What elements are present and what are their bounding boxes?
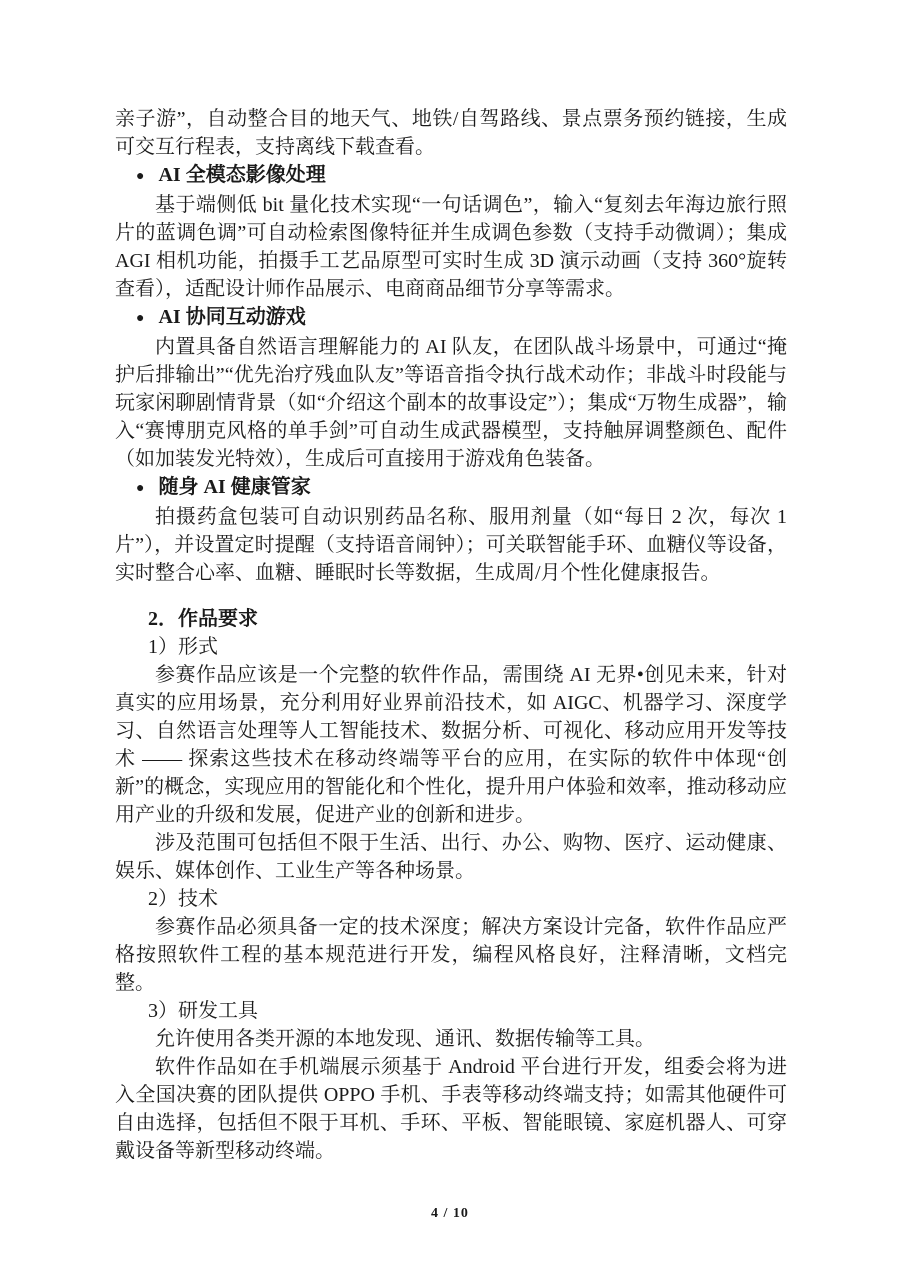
body-paragraph: 参赛作品应该是一个完整的软件作品，需围绕 AI 无界•创见未来，针对真实的应用场… <box>115 661 787 829</box>
bullet-item-ai-imaging: ●AI 全模态影像处理 <box>115 161 787 191</box>
bullet-item-ai-game: ●AI 协同互动游戏 <box>115 303 787 333</box>
section-heading-work-requirements: 2．作品要求 <box>115 605 787 633</box>
body-paragraph: 涉及范围可包括但不限于生活、出行、办公、购物、医疗、运动健康、娱乐、媒体创作、工… <box>115 829 787 885</box>
bullet-icon: ● <box>136 163 144 191</box>
continuation-paragraph: 亲子游”，自动整合目的地天气、地铁/自驾路线、景点票务预约链接，生成可交互行程表… <box>115 105 787 161</box>
bullet-title: 随身 AI 健康管家 <box>158 476 310 498</box>
page-content: 亲子游”，自动整合目的地天气、地铁/自驾路线、景点票务预约链接，生成可交互行程表… <box>115 105 787 1165</box>
subsection-label-form: 1）形式 <box>115 633 787 661</box>
bullet-item-ai-health: ●随身 AI 健康管家 <box>115 473 787 503</box>
bullet-icon: ● <box>136 305 144 333</box>
subsection-label-dev-tools: 3）研发工具 <box>115 997 787 1025</box>
bullet-body-paragraph: 基于端侧低 bit 量化技术实现“一句话调色”，输入“复刻去年海边旅行照片的蓝调… <box>115 191 787 303</box>
bullet-title: AI 全模态影像处理 <box>158 164 325 186</box>
bullet-icon: ● <box>136 475 144 503</box>
document-page: 亲子游”，自动整合目的地天气、地铁/自驾路线、景点票务预约链接，生成可交互行程表… <box>0 0 900 1274</box>
page-footer: 4 / 10 <box>0 1206 900 1222</box>
body-paragraph: 软件作品如在手机端展示须基于 Android 平台进行开发，组委会将为进入全国决… <box>115 1053 787 1165</box>
bullet-title: AI 协同互动游戏 <box>158 306 305 328</box>
bullet-body-paragraph: 内置具备自然语言理解能力的 AI 队友，在团队战斗场景中，可通过“掩护后排输出”… <box>115 333 787 473</box>
body-paragraph: 允许使用各类开源的本地发现、通讯、数据传输等工具。 <box>115 1025 787 1053</box>
bullet-body-paragraph: 拍摄药盒包装可自动识别药品名称、服用剂量（如“每日 2 次，每次 1 片”），并… <box>115 503 787 587</box>
page-number: 4 / 10 <box>431 1206 469 1221</box>
body-paragraph: 参赛作品必须具备一定的技术深度；解决方案设计完备，软件作品应严格按照软件工程的基… <box>115 913 787 997</box>
subsection-label-technology: 2）技术 <box>115 885 787 913</box>
